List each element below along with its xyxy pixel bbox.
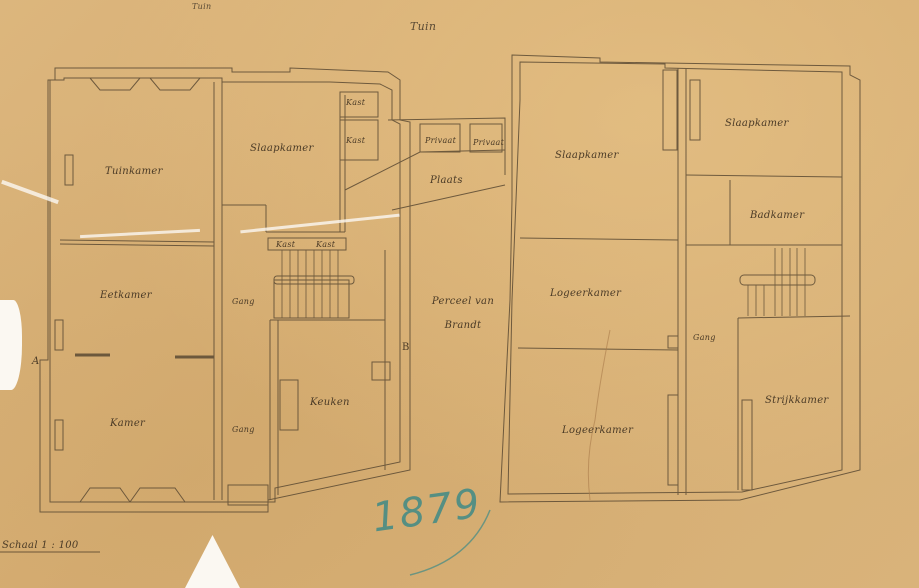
label-perceel-text: Perceel van Brandt xyxy=(428,290,498,338)
room-gang: Gang xyxy=(693,333,716,342)
paper-tear xyxy=(0,300,22,390)
room-badkamer: Badkamer xyxy=(750,210,804,221)
room-keuken: Keuken xyxy=(310,397,350,408)
room-kast: Kast xyxy=(346,98,365,107)
room-strijkkamer: Strijkkamer xyxy=(765,395,829,406)
room-logeerkamer-2: Logeerkamer xyxy=(562,425,633,436)
label-tuin-center: Tuin xyxy=(410,20,436,33)
room-plaats: Plaats xyxy=(430,175,463,186)
section-mark-b: B xyxy=(402,342,410,353)
section-mark-a: A xyxy=(32,356,40,367)
room-kast: Kast xyxy=(316,240,335,249)
label-tuin-left: Tuin xyxy=(192,2,211,11)
room-eetkamer: Eetkamer xyxy=(100,290,152,301)
room-slaapkamer-left: Slaapkamer xyxy=(555,150,619,161)
room-kamer: Kamer xyxy=(110,418,145,429)
room-privaat: Privaat xyxy=(473,138,504,147)
room-gang: Gang xyxy=(232,425,255,434)
room-logeerkamer: Logeerkamer xyxy=(550,288,621,299)
room-kast: Kast xyxy=(346,136,365,145)
room-slaapkamer-right: Slaapkamer xyxy=(725,118,789,129)
room-kast: Kast xyxy=(276,240,295,249)
label-perceel: Perceel van Brandt xyxy=(428,290,498,338)
room-privaat: Privaat xyxy=(425,136,456,145)
room-tuinkamer: Tuinkamer xyxy=(105,166,163,177)
room-gang: Gang xyxy=(232,297,255,306)
scale-label: Schaal 1 : 100 xyxy=(2,540,79,551)
room-slaapkamer: Slaapkamer xyxy=(250,143,314,154)
